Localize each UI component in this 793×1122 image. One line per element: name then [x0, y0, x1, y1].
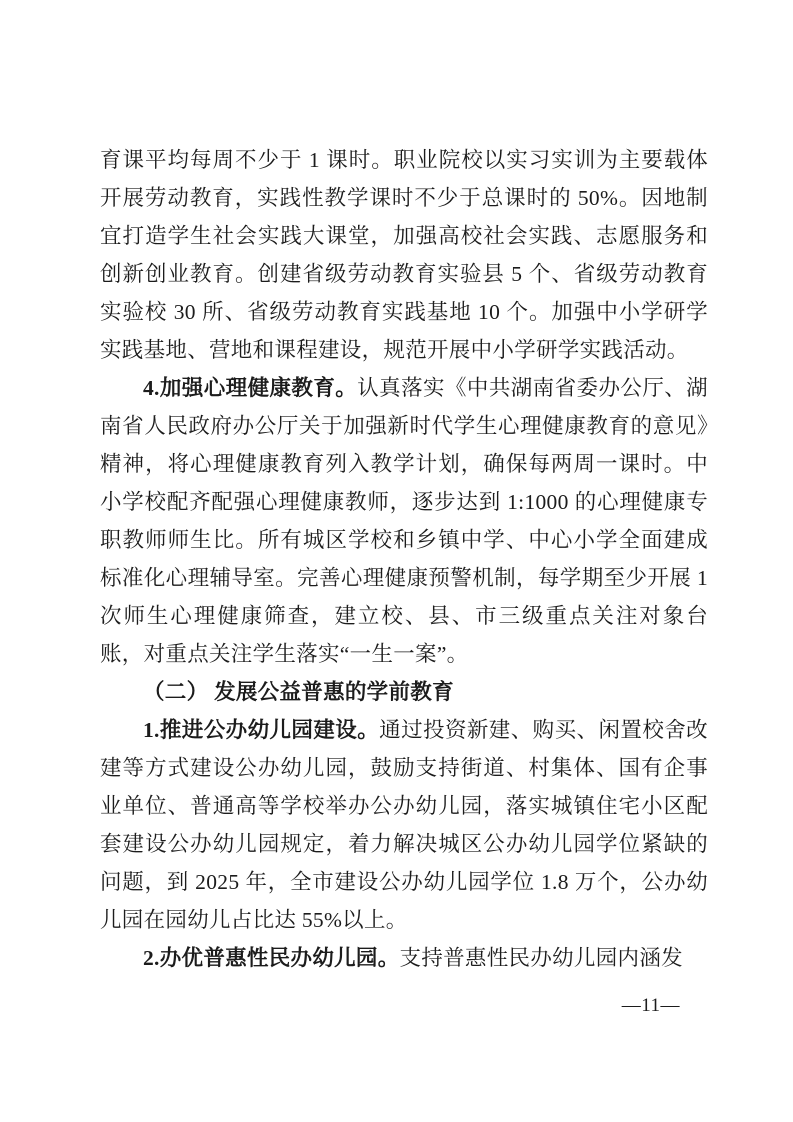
page-number: —11— — [100, 994, 708, 1018]
paragraph-lead: 2.办优普惠性民办幼儿园。 — [143, 946, 400, 970]
paragraph-labor-education-continuation: 育课平均每周不少于 1 课时。职业院校以实习实训为主要载体开展劳动教育，实践性教… — [100, 141, 708, 369]
paragraph-mental-health-education: 4.加强心理健康教育。认真落实《中共湖南省委办公厅、湖南省人民政府办公厅关于加强… — [100, 369, 708, 673]
paragraph-text: 支持普惠性民办幼儿园内涵发 — [400, 946, 683, 970]
paragraph-public-kindergarten: 1.推进公办幼儿园建设。通过投资新建、购买、闲置校舍改建等方式建设公办幼儿园，鼓… — [100, 711, 708, 939]
paragraph-private-kindergarten: 2.办优普惠性民办幼儿园。支持普惠性民办幼儿园内涵发 — [100, 939, 708, 977]
document-page: 育课平均每周不少于 1 课时。职业院校以实习实训为主要载体开展劳动教育，实践性教… — [0, 0, 793, 1122]
paragraph-text: 通过投资新建、购买、闲置校舍改建等方式建设公办幼儿园，鼓励支持街道、村集体、国有… — [100, 718, 708, 932]
section-heading-preschool-education: （二） 发展公益普惠的学前教育 — [100, 673, 708, 711]
paragraph-lead: 1.推进公办幼儿园建设。 — [143, 718, 379, 742]
paragraph-text: 育课平均每周不少于 1 课时。职业院校以实习实训为主要载体开展劳动教育，实践性教… — [100, 148, 708, 362]
paragraph-text: 认真落实《中共湖南省委办公厅、湖南省人民政府办公厅关于加强新时代学生心理健康教育… — [100, 376, 708, 666]
paragraph-lead: 4.加强心理健康教育。 — [143, 376, 357, 400]
document-body: 育课平均每周不少于 1 课时。职业院校以实习实训为主要载体开展劳动教育，实践性教… — [100, 141, 708, 977]
